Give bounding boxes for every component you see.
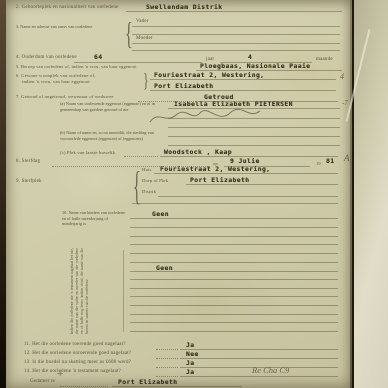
ruled-line: [132, 203, 338, 204]
dated-label: Gedateer te: [30, 379, 55, 385]
q10b-vertical-label: Indien die oorledene nie 'n testament na…: [70, 248, 110, 334]
ruled-line: [168, 145, 340, 146]
ruled-line: [132, 50, 340, 51]
ruled-line: [186, 184, 338, 185]
dotted-leader: [156, 367, 178, 368]
ruled-line: [132, 43, 340, 44]
ruled-line: [130, 314, 338, 315]
q4-label: 4. Ouderdom van oorledene: [16, 55, 77, 61]
ruled-line: [150, 90, 336, 91]
form-page: 2. Geboorteplek en nasionaliteit van oor…: [6, 0, 352, 388]
q7c-value: Woodstock , Kaap: [164, 148, 232, 156]
ruled-line: [158, 196, 338, 197]
q4-months-value: 4: [248, 53, 252, 61]
q10-value: Geen: [152, 210, 169, 218]
ruled-line: [130, 253, 338, 254]
q6-label-line1: 6. Gewone woonplek van oorledene of,: [16, 73, 96, 79]
q8-day-value: 9 Julie: [230, 157, 260, 165]
q5-value: Ploegbaas, Nasionale Paaie: [200, 62, 310, 70]
ruled-line: [154, 173, 338, 174]
q8-year-value: 81: [326, 157, 335, 165]
ruled-line: [130, 296, 338, 297]
ruled-line: [130, 218, 338, 219]
q4-years-value: 64: [94, 53, 103, 61]
q7a-margin-note: -7: [342, 99, 348, 107]
q12-label: 12. Het die oorledene onroerende goed na…: [24, 351, 131, 357]
dotted-leader: [156, 376, 178, 377]
q3-moeder-label: Moeder: [136, 36, 153, 42]
ruled-line: [130, 262, 338, 263]
q6-value-line1: Fouriestraat 2, Westering,: [154, 71, 264, 79]
dated-value: Port Elizabeth: [118, 378, 177, 386]
q3-vader-label: Vader: [136, 19, 149, 25]
q6-label-line2: indien 'n vrou, van haar eggenoot: [22, 79, 90, 85]
q9-distrik-label: Distrik: [142, 189, 156, 195]
ruled-line: [180, 358, 338, 359]
q13-value: Ja: [186, 359, 195, 367]
q8-label: 8. Sterfdag: [16, 159, 40, 165]
q12-value: Nee: [186, 350, 199, 358]
adjacent-page-edge: [354, 0, 388, 388]
ruled-line: [168, 127, 340, 128]
q7c-label: (c) Plek van laaste huwelik: [60, 150, 115, 156]
ruled-line: [180, 376, 338, 377]
signature-scribble: [146, 106, 266, 128]
q10-label: 10. Name van kinders van oorledene en of…: [62, 210, 128, 227]
ruled-line: [112, 386, 242, 387]
ruled-line: [130, 288, 338, 289]
brace-open: {: [133, 162, 141, 209]
q8-margin-note: A: [344, 153, 350, 163]
q6-margin-note: 4: [340, 72, 344, 81]
ruled-line: [126, 11, 342, 12]
ruled-line: [130, 331, 338, 332]
q3-label: 3. Name en adresse van ouers van oorlede…: [16, 24, 120, 30]
ruled-line: [130, 322, 338, 323]
q11-value: Ja: [186, 341, 195, 349]
brace-close: }: [143, 70, 149, 93]
dotted-leader: [60, 386, 108, 387]
q8-19-label: 19: [316, 161, 321, 166]
bracket-line: [123, 250, 124, 332]
q2-value: Swellendam Distrik: [146, 3, 222, 11]
q5-label: 5. Beroep van oorledene of, indien 'n vr…: [16, 64, 137, 69]
ruled-line: [132, 34, 340, 35]
ruled-line: [130, 227, 338, 228]
q14-value: Ja: [186, 368, 195, 376]
q9-huis-label: Huis: [142, 167, 151, 173]
ruled-line: [130, 305, 338, 306]
document-photo: 2. Geboorteplek en nasionaliteit van oor…: [0, 0, 388, 388]
q14-hand-note: Re Cha C9: [252, 365, 289, 375]
dotted-leader: [124, 156, 158, 157]
q14-label: 14. Het die oorledene 'n testament nagel…: [24, 369, 121, 375]
ruled-line: [132, 26, 340, 27]
q4-maande-label: maande: [316, 57, 333, 63]
q6-value-line2: Port Elizabeth: [154, 82, 213, 90]
ruled-line: [130, 271, 338, 272]
q9-huis-value: Fouriestraat 2, Westering,: [160, 165, 270, 173]
ruled-line: [130, 279, 338, 280]
dotted-leader: [156, 349, 178, 350]
q7-label: 7. Getroud of ongetroud, wewenaar of wed…: [16, 94, 114, 100]
ruled-line: [74, 62, 202, 63]
q9-label: 9. Sterfplek: [16, 179, 42, 185]
q9-dorp-value: Port Elizabeth: [190, 176, 249, 184]
ruled-line: [150, 79, 336, 80]
ruled-line: [130, 244, 338, 245]
ruled-line: [130, 236, 338, 237]
q11-label: 11. Het die oorledene roerende goed nage…: [24, 342, 126, 348]
ruled-line: [180, 349, 338, 350]
q13-label: 13. Is die boedel na skatting meer as £6…: [24, 360, 131, 366]
q9-dorp-label: Dorp of Plek: [142, 178, 168, 184]
ruled-line: [168, 136, 340, 137]
q2-label: 2. Geboorteplek en nasionaliteit van oor…: [16, 5, 119, 11]
dotted-leader: [156, 358, 178, 359]
q7b-label: (b) Naam of name en, so na moontlik, die…: [60, 130, 164, 141]
